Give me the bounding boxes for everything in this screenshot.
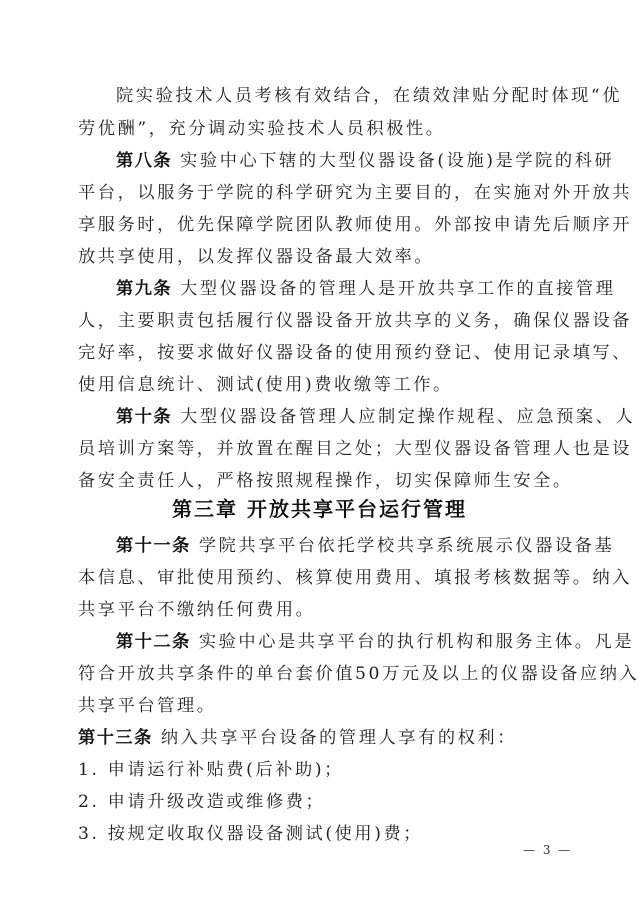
paragraph-line: 人，主要职责包括履行仪器设备开放共享的义务，确保仪器设备 — [78, 311, 562, 331]
paragraph-line: 享服务时，优先保障学院团队教师使用。外部按申请先后顺序开 — [78, 215, 562, 235]
article-text: 使用信息统计、测试(使用)费收缴等工作。 — [78, 375, 453, 395]
paragraph-line: 放共享使用，以发挥仪器设备最大效率。 — [78, 247, 562, 267]
article-line: 第十三条 纳入共享平台设备的管理人享有的权利： — [78, 728, 562, 748]
article-label: 第十条 — [116, 407, 172, 427]
article-line: 第十条 大型仪器设备管理人应制定操作规程、应急预案、人 — [116, 407, 600, 427]
article-text: 本信息、审批使用预约、核算使用费用、填报考核数据等。纳入 — [78, 568, 632, 588]
paragraph-line: 平台，以服务于学院的科学研究为主要目的，在实施对外开放共 — [78, 183, 562, 203]
article-label: 第十二条 — [116, 632, 191, 652]
paragraph-line: 符合开放共享条件的单台套价值50万元及以上的仪器设备应纳入 — [78, 664, 562, 684]
article-text: 院实验技术人员考核有效结合，在绩效津贴分配时体现“优 — [116, 86, 622, 106]
article-text: 平台，以服务于学院的科学研究为主要目的，在实施对外开放共 — [78, 183, 632, 203]
article-text: 大型仪器设备管理人应制定操作规程、应急预案、人 — [172, 407, 635, 427]
paragraph-line: 1. 申请运行补贴费(后补助)； — [78, 760, 562, 780]
chapter-heading: 第三章 开放共享平台运行管理 — [0, 493, 639, 522]
article-text: 员培训方案等，并放置在醒目之处；大型仪器设备管理人也是设 — [78, 439, 632, 459]
article-text: 1. 申请运行补贴费(后补助)； — [78, 760, 344, 780]
paragraph-line: 共享平台管理。 — [78, 696, 562, 716]
paragraph-line: 员培训方案等，并放置在醒目之处；大型仪器设备管理人也是设 — [78, 439, 562, 459]
article-text: 实验中心是共享平台的执行机构和服务主体。凡是 — [191, 632, 634, 652]
paragraph-line: 3. 按规定收取仪器设备测试(使用)费； — [78, 824, 562, 844]
article-line: 第十二条 实验中心是共享平台的执行机构和服务主体。凡是 — [116, 632, 600, 652]
article-label: 第十一条 — [116, 536, 191, 556]
article-text: 劳优酬”，充分调动实验技术人员积极性。 — [78, 119, 446, 139]
article-text: 放共享使用，以发挥仪器设备最大效率。 — [78, 247, 434, 267]
article-text: 3. 按规定收取仪器设备测试(使用)费； — [78, 824, 423, 844]
document-page: 院实验技术人员考核有效结合，在绩效津贴分配时体现“优劳优酬”，充分调动实验技术人… — [0, 0, 639, 904]
page-number: — 3 — — [523, 843, 572, 857]
article-line: 第九条 大型仪器设备的管理人是开放共享工作的直接管理 — [116, 279, 600, 299]
article-line: 第八条 实验中心下辖的大型仪器设备(设施)是学院的科研 — [116, 151, 600, 171]
article-text: 人，主要职责包括履行仪器设备开放共享的义务，确保仪器设备 — [78, 311, 632, 331]
article-text: 完好率，按要求做好仪器设备的使用预约登记、使用记录填写、 — [78, 343, 632, 363]
article-text: 大型仪器设备的管理人是开放共享工作的直接管理 — [172, 279, 615, 299]
article-line: 第十一条 学院共享平台依托学校共享系统展示仪器设备基 — [116, 536, 600, 556]
article-text: 实验中心下辖的大型仪器设备(设施)是学院的科研 — [172, 151, 614, 171]
article-text: 符合开放共享条件的单台套价值50万元及以上的仪器设备应纳入 — [78, 664, 639, 684]
article-text: 纳入共享平台设备的管理人享有的权利： — [153, 728, 517, 748]
article-text: 享服务时，优先保障学院团队教师使用。外部按申请先后顺序开 — [78, 215, 632, 235]
paragraph-line: 备安全责任人，严格按照规程操作，切实保障师生安全。 — [78, 471, 562, 491]
article-text: 共享平台管理。 — [78, 696, 217, 716]
article-label: 第八条 — [116, 151, 172, 171]
article-text: 共享平台不缴纳任何费用。 — [78, 600, 315, 620]
article-text: 学院共享平台依托学校共享系统展示仪器设备基 — [191, 536, 615, 556]
article-label: 第十三条 — [78, 728, 153, 748]
paragraph-line: 劳优酬”，充分调动实验技术人员积极性。 — [78, 119, 562, 139]
article-text: 2. 申请升级改造或维修费； — [78, 792, 325, 812]
paragraph-line: 院实验技术人员考核有效结合，在绩效津贴分配时体现“优 — [116, 86, 600, 106]
article-label: 第九条 — [116, 279, 172, 299]
paragraph-line: 2. 申请升级改造或维修费； — [78, 792, 562, 812]
paragraph-line: 使用信息统计、测试(使用)费收缴等工作。 — [78, 375, 562, 395]
article-text: 备安全责任人，严格按照规程操作，切实保障师生安全。 — [78, 471, 573, 491]
paragraph-line: 共享平台不缴纳任何费用。 — [78, 600, 562, 620]
paragraph-line: 本信息、审批使用预约、核算使用费用、填报考核数据等。纳入 — [78, 568, 562, 588]
paragraph-line: 完好率，按要求做好仪器设备的使用预约登记、使用记录填写、 — [78, 343, 562, 363]
